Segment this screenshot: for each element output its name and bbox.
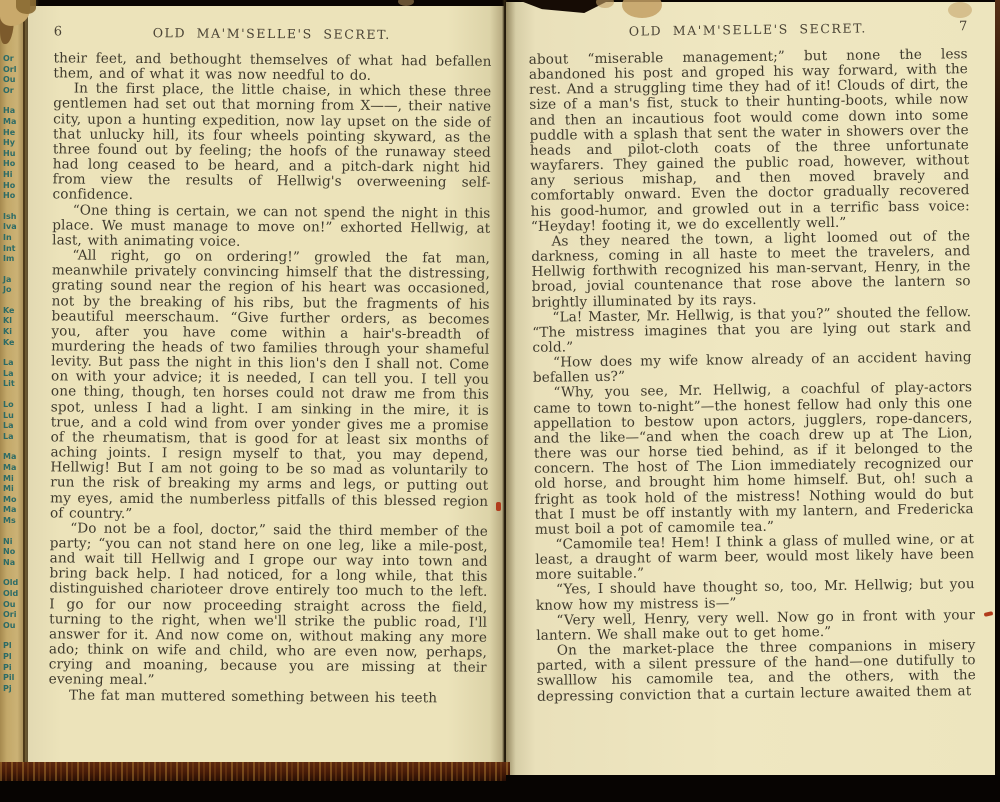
edge-fragment: Ma <box>3 452 23 463</box>
edge-fragment-column: OrOrlOuOrHaMaHeHyHuHoHiHoHoIshIvaInIntIm… <box>0 0 23 694</box>
edge-fragment: Or <box>3 86 23 97</box>
edge-fragment: Iva <box>3 222 23 233</box>
edge-fragment: Pl <box>3 641 23 652</box>
left-page: 6 OLD MA'M'SELLE'S SECRET. their feet, a… <box>28 6 504 764</box>
edge-fragment: Ho <box>3 181 23 192</box>
edge-fragment: Na <box>3 558 23 569</box>
edge-fragment: Old <box>3 589 23 600</box>
edge-fragment: Jo <box>3 285 23 296</box>
edge-fragment: Mi <box>3 474 23 485</box>
edge-fragment: Pi <box>3 663 23 674</box>
edge-fragment: Ho <box>3 159 23 170</box>
edge-fragment: Mi <box>3 484 23 495</box>
paragraph: “All right, go on ordering!” growled the… <box>50 248 490 524</box>
paragraph: about “miserable management;” but none t… <box>529 47 970 235</box>
edge-fragment-group: LaLaLit <box>3 358 23 390</box>
edge-fragment: Pl <box>3 652 23 663</box>
right-page-text: about “miserable management;” but none t… <box>529 47 977 753</box>
catalog-page-edge: OrOrlOuOrHaMaHeHyHuHoHiHoHoIshIvaInIntIm… <box>0 0 25 768</box>
open-book-photo: OrOrlOuOrHaMaHeHyHuHoHiHoHoIshIvaInIntIm… <box>0 0 1000 802</box>
left-page-text: their feet, and bethought themselves of … <box>48 51 491 754</box>
edge-fragment: Pil <box>3 673 23 684</box>
edge-fragment: Ha <box>3 106 23 117</box>
paragraph: In the first place, the little chaise, i… <box>52 82 491 207</box>
edge-fragment-group: LoLuLaLa <box>3 400 23 442</box>
edge-fragment: Ja <box>3 275 23 286</box>
edge-fragment: Ni <box>3 537 23 548</box>
edge-fragment: In <box>3 233 23 244</box>
paragraph: On the market-place the three companions… <box>536 638 976 704</box>
edge-fragment: Ou <box>3 75 23 86</box>
edge-fragment: He <box>3 128 23 139</box>
edge-fragment: Ma <box>3 505 23 516</box>
edge-fragment: Ms <box>3 516 23 527</box>
edge-fragment: Ma <box>3 117 23 128</box>
paragraph: their feet, and bethought themselves of … <box>53 51 491 85</box>
edge-fragment: Hy <box>3 138 23 149</box>
edge-fragment: Ke <box>3 306 23 317</box>
edge-fragment: Ma <box>3 463 23 474</box>
left-page-header: 6 OLD MA'M'SELLE'S SECRET. <box>54 24 490 43</box>
edge-fragment: Ou <box>3 621 23 632</box>
edge-fragment: Ho <box>3 191 23 202</box>
edge-fragment-group: OrOrlOuOr <box>3 54 23 96</box>
running-header-left: OLD MA'M'SELLE'S SECRET. <box>153 25 391 42</box>
edge-fragment: Or <box>3 54 23 65</box>
edge-fragment-group: MaMaMiMiMoMaMs <box>3 452 23 526</box>
edge-fragment: Kl <box>3 316 23 327</box>
edge-fragment: Lu <box>3 411 23 422</box>
edge-fragment: Int <box>3 244 23 255</box>
right-page-header: OLD MA'M'SELLE'S SECRET. 7 <box>526 19 969 41</box>
edge-fragment: Ish <box>3 212 23 223</box>
edge-fragment-group: JaJo <box>3 275 23 296</box>
right-page: OLD MA'M'SELLE'S SECRET. 7 about “misera… <box>506 2 995 776</box>
paper-stain <box>948 2 972 18</box>
running-header-right: OLD MA'M'SELLE'S SECRET. <box>629 20 867 38</box>
edge-fragment: Lo <box>3 400 23 411</box>
edge-fragment: Ou <box>3 600 23 611</box>
edge-fragment: Mo <box>3 495 23 506</box>
paragraph: “Do not be a fool, doctor,” said the thi… <box>49 521 488 691</box>
edge-fragment-group: PlPlPiPilPj <box>3 641 23 694</box>
paragraph: As they neared the town, a light loomed … <box>531 229 971 311</box>
cover-edge <box>995 0 1000 180</box>
paragraph: The fat man muttered something between h… <box>49 688 487 707</box>
edge-fragment: Old <box>3 578 23 589</box>
paragraph: “Why, you see, Mr. Hellwig, a coachful o… <box>533 381 974 538</box>
edge-fragment: Pj <box>3 684 23 695</box>
edge-fragment: Ki <box>3 327 23 338</box>
paragraph: “One thing is certain, we can not spend … <box>52 203 490 252</box>
edge-fragment: Hu <box>3 149 23 160</box>
edge-fragment: Ke <box>3 338 23 349</box>
page-block-edge <box>0 762 510 783</box>
edge-fragment-group: IshIvaInIntIm <box>3 212 23 265</box>
edge-fragment: La <box>3 432 23 443</box>
edge-fragment: Lit <box>3 379 23 390</box>
torn-corner <box>16 0 36 14</box>
edge-fragment: No <box>3 547 23 558</box>
edge-fragment-group: KeKlKiKe <box>3 306 23 348</box>
edge-fragment: Im <box>3 254 23 265</box>
edge-fragment: La <box>3 369 23 380</box>
page-number-left: 6 <box>54 24 62 39</box>
page-number-right: 7 <box>959 19 967 34</box>
edge-fragment: Hi <box>3 170 23 181</box>
red-ink-mark <box>496 502 501 511</box>
edge-fragment-group: HaMaHeHyHuHoHiHoHo <box>3 106 23 201</box>
paragraph: “Camomile tea! Hem! I think a glass of m… <box>535 532 975 583</box>
edge-fragment: La <box>3 358 23 369</box>
edge-fragment: La <box>3 421 23 432</box>
edge-fragment-group: OldOldOuOriOu <box>3 578 23 631</box>
edge-fragment: Orl <box>3 65 23 76</box>
edge-fragment: Ori <box>3 610 23 621</box>
paragraph: “La! Master, Mr. Hellwig, is that you?” … <box>532 305 972 356</box>
background-shadow <box>0 781 1000 802</box>
edge-fragment-group: NiNoNa <box>3 537 23 569</box>
